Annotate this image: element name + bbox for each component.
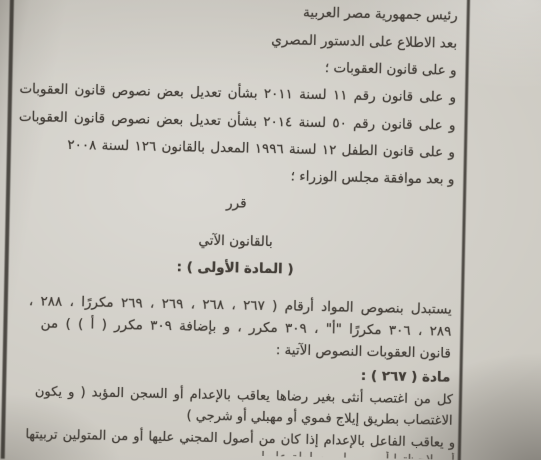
decree-header-line: رئيس جمهورية مصر العربية [303, 4, 458, 25]
article-body-line: كل من اغتصب أنثى بغير رضاها يعاقب بالإعد… [35, 383, 453, 409]
article-body-line: و يعاقب الفاعل بالإعدام إذا كان من أصول … [25, 426, 455, 453]
preamble-line: و على قانون رقم ١١ لسنة ٢٠١١ بشأن تعديل … [19, 80, 456, 107]
article-one-heading: ( المادة الأولى ) : [0, 255, 476, 283]
substitution-paragraph-line: قانون العقوبات النصوص الآتية : [276, 341, 451, 363]
frame-border-right [458, 0, 471, 460]
decree-word: قرر [0, 190, 477, 218]
substitution-paragraph-line: ٢٨٩ ، ٣٠٦ مكررًا "أ" ، ٣٠٩ مكرر ، و بإضا… [41, 314, 452, 340]
preamble-line: و على قانون العقوبات ؛ [325, 59, 457, 80]
preamble-line: و على قانون الطفل ١٢ لسنة ١٩٩٦ المعدل با… [67, 136, 455, 162]
decree-subline: بالقانون الآتي [0, 228, 476, 256]
preamble-line: بعد الاطلاع على الدستور المصري [271, 31, 457, 53]
preamble-line: و بعد موافقة مجلس الوزراء ؛ [291, 167, 455, 188]
article-267-heading: مادة ( ٢٦٧ ) : [361, 367, 451, 387]
article-body-line: الاغتصاب بطريق إيلاج فموي أو مهبلي أو شر… [186, 407, 452, 430]
scanned-decree-photo: { "page": { "kind": "scanned-legal-decre… [0, 0, 541, 460]
decree-page: رئيس جمهورية مصر العربية بعد الاطلاع على… [0, 0, 541, 460]
preamble-line: و على قانون رقم ٥٠ لسنة ٢٠١٤ بشأن تعديل … [19, 108, 456, 135]
